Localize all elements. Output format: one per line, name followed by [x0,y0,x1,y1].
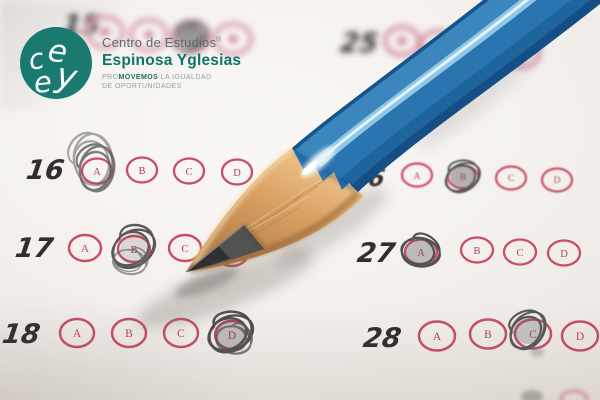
logo-letter-e2: e [32,64,53,100]
pencil-scribble-28-c [503,306,552,357]
registered-mark: ® [216,37,221,44]
answer-row-28: 28 A B C D [361,306,598,357]
bubble-letter: D [560,249,568,260]
logo-line1: Centro de Estudios® [102,36,332,51]
bubble-letter: C [177,328,185,340]
tagline-rest: LA IGUALDAD [161,74,212,81]
tagline-pre: PRO [102,74,119,81]
bubble-letter: C [185,167,192,178]
question-number-25: 25 [338,28,380,59]
pencil-scribble-26-b [446,160,480,192]
bubble-letter: D [554,176,561,186]
bubble-letter: C [516,248,523,259]
bubble-letter: D [233,168,241,179]
next-row-hint [521,390,587,400]
bubble-letter: B [484,329,492,341]
question-number-16: 16 [24,155,66,186]
answer-row-27: 27 A B C D [355,226,580,276]
bubble-letter: A [93,167,101,178]
bubble-letter: A [73,328,82,340]
question-number-18: 18 [0,319,42,350]
tagline-bold: MOVEMOS [119,74,159,81]
logo-org-name: Centro de Estudios [102,35,216,50]
bubble-letter: A [414,172,421,182]
photo-answer-sheet: 15 25 [0,0,600,400]
ceey-logo: c e e y Centro de Estudios® Espinosa Ygl… [18,24,332,102]
logo-tagline-line2: DE OPORTUNIDADES [102,83,332,91]
bubble-letter: A [433,331,442,343]
logo-line2: Espinosa Yglesias [102,52,332,70]
logo-tagline-line1: PROMOVEMOS LA IGUALDAD [102,74,332,82]
pencil-scribble-17-b [109,220,159,280]
bubble-letter: C [181,243,188,255]
logo-text: Centro de Estudios® Espinosa Yglesias PR… [102,36,332,91]
bubble-letter: A [81,243,89,255]
question-number-28: 28 [361,323,403,354]
bubble-letter: B [473,246,480,257]
question-number-17: 17 [13,233,55,264]
question-number-27: 27 [355,238,397,269]
bubble-letter: B [138,166,145,177]
answer-row-16: 16 A B C D [24,124,252,196]
bubble-letter: C [508,174,514,184]
pencil-scribble-27-a [396,226,446,276]
answer-row-18: 18 A B C D [0,310,257,362]
bubble-letter: D [576,331,584,343]
pencil-body [292,0,600,192]
ceey-logo-mark: c e e y [18,24,94,102]
bubble-letter: B [125,328,133,340]
